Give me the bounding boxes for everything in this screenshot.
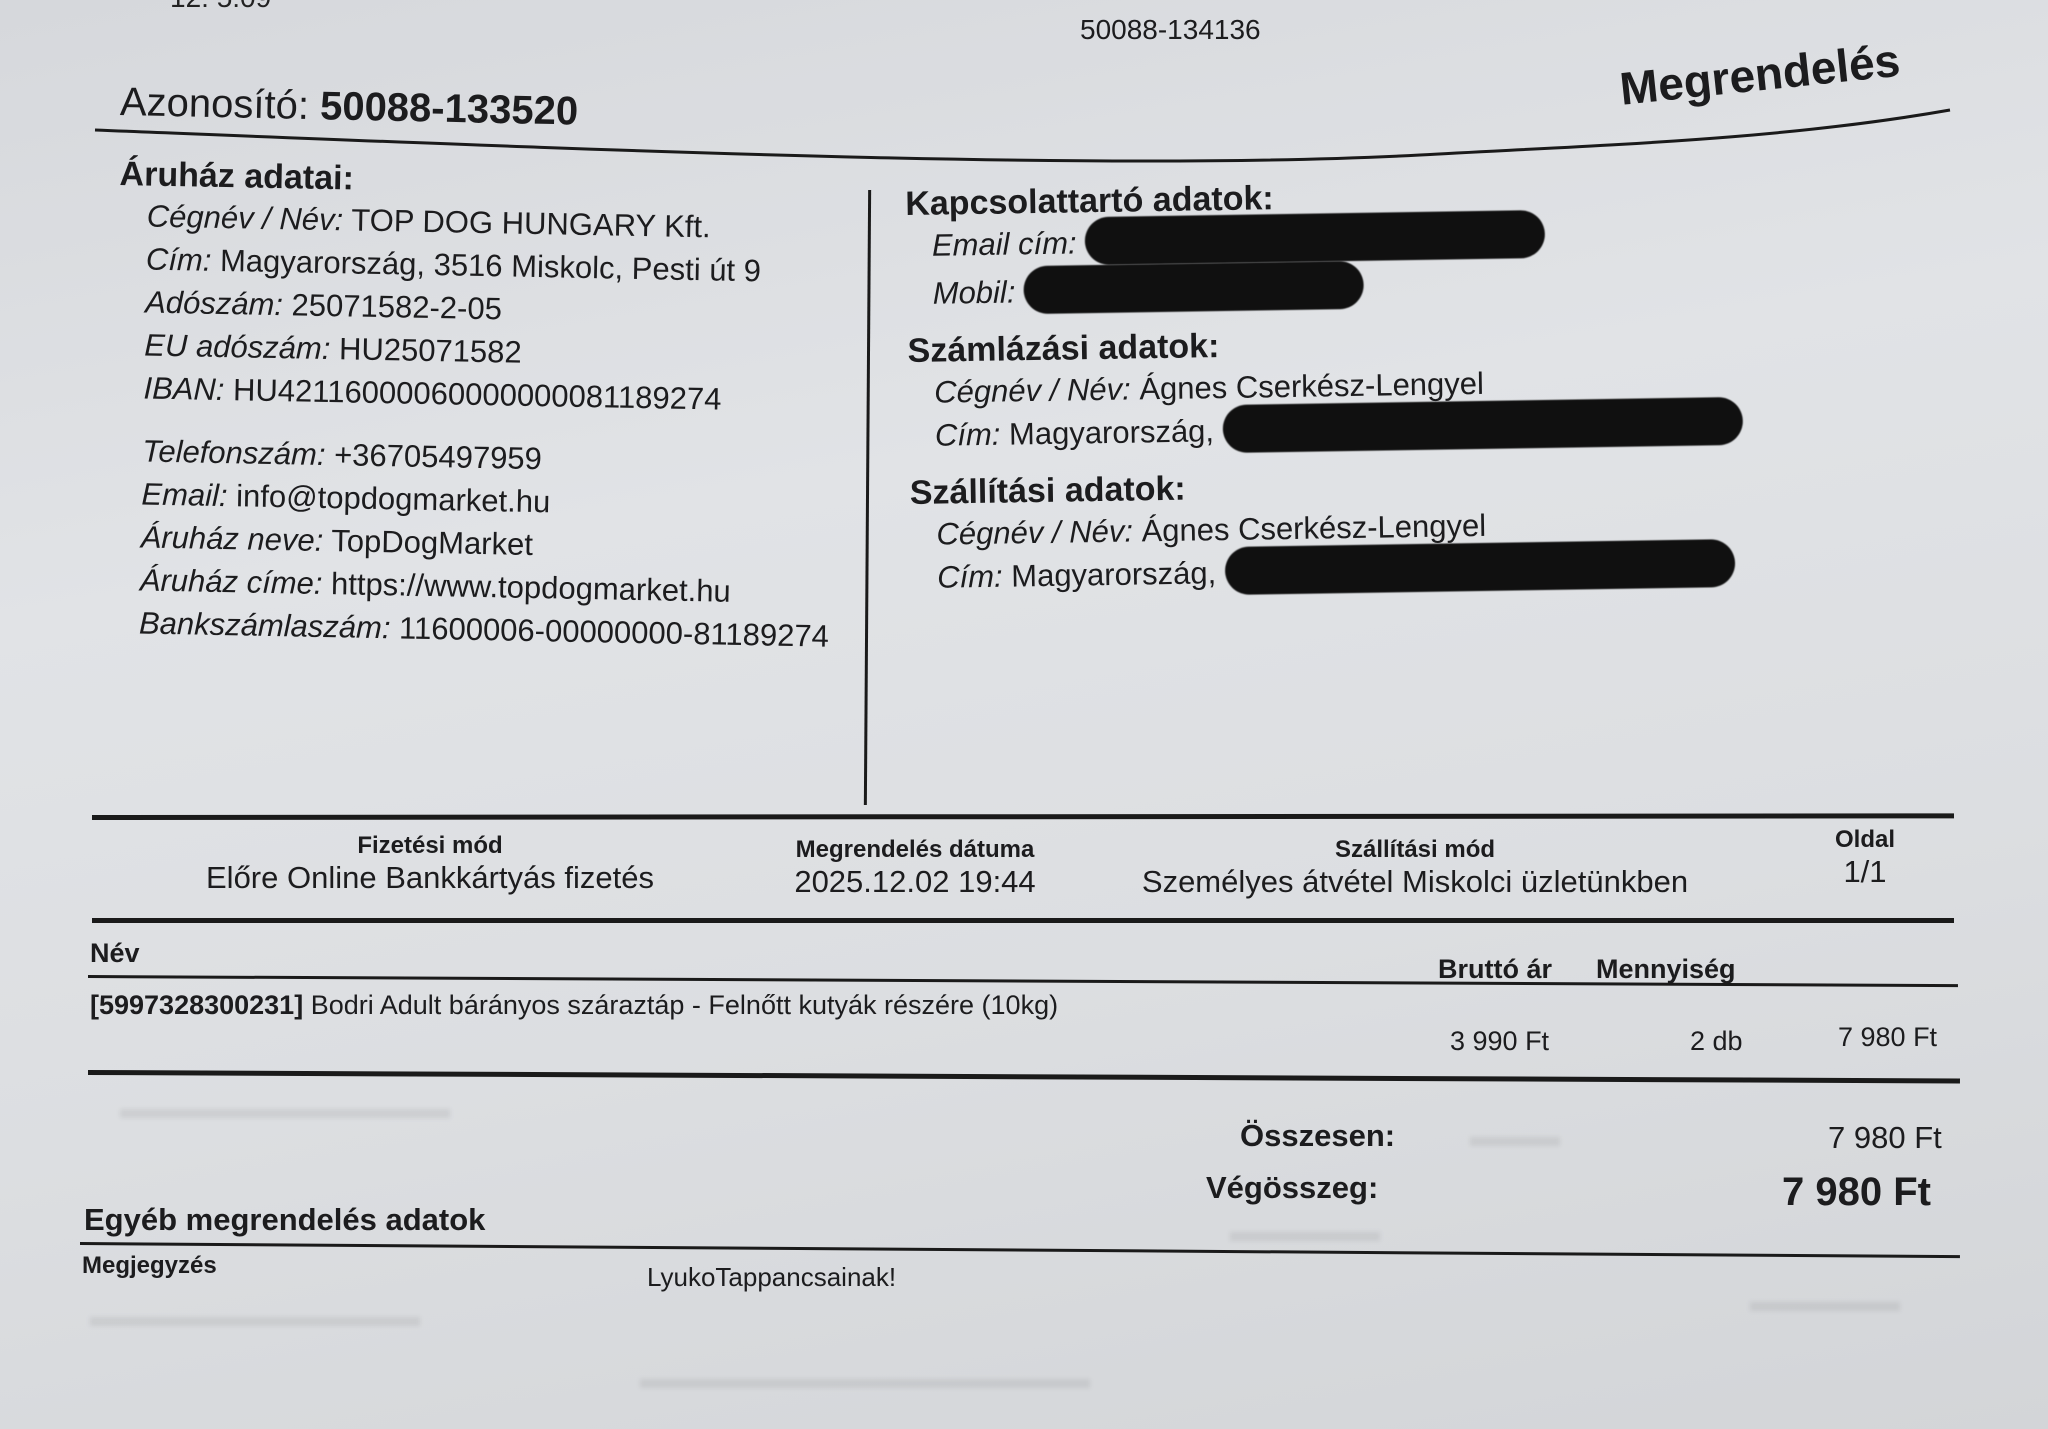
- other-data-rule: [80, 1242, 1960, 1258]
- subtotal-value: 7 980 Ft: [1828, 1120, 1942, 1156]
- bleed-through-text: ▬▬▬▬▬: [1750, 1285, 1900, 1319]
- subtotal-label: Összesen:: [1240, 1118, 1395, 1154]
- item-total: 7 980 Ft: [1838, 1022, 1937, 1053]
- shipping-section: Szállítási adatok: Cégnév / Név: Ágnes C…: [910, 461, 1746, 604]
- column-divider: [864, 190, 871, 805]
- delivery-method-value: Személyes átvétel Miskolci üzletünkben: [1110, 864, 1720, 900]
- contact-mobile: Mobil:: [932, 259, 1740, 320]
- page-indicator: Oldal 1/1: [1800, 826, 1930, 890]
- column-header-price: Bruttó ár: [1438, 954, 1552, 985]
- redaction-mark: [1085, 210, 1546, 265]
- item-sku: [5997328300231]: [90, 990, 303, 1020]
- payment-method-label: Fizetési mód: [170, 832, 690, 860]
- item-description: [5997328300231] Bodri Adult bárányos szá…: [90, 990, 1058, 1021]
- bleed-through-text: ▬▬▬▬▬▬▬▬▬▬▬: [120, 1092, 450, 1126]
- bleed-through-text: ▬▬▬: [1470, 1120, 1560, 1154]
- table-bottom-rule: [88, 1070, 1960, 1083]
- grand-total-value: 7 980 Ft: [1782, 1170, 1931, 1215]
- note-value: LyukoTappancsainak!: [647, 1262, 896, 1293]
- column-header-name: Név: [90, 938, 140, 969]
- other-data-heading: Egyéb megrendelés adatok: [84, 1202, 485, 1238]
- order-date-label: Megrendelés dátuma: [760, 836, 1070, 864]
- info-band-top-rule: [92, 813, 1954, 820]
- delivery-method: Szállítási mód Személyes átvétel Miskolc…: [1110, 836, 1720, 900]
- contact-section: Kapcsolattartó adatok: Email cím: Mobil:: [905, 172, 1741, 320]
- redaction-mark: [1024, 261, 1365, 314]
- grand-total-label: Végösszeg:: [1206, 1170, 1378, 1206]
- note-label: Megjegyzés: [82, 1252, 217, 1280]
- order-date: Megrendelés dátuma 2025.12.02 19:44: [760, 836, 1070, 900]
- item-quantity: 2 db: [1690, 1026, 1743, 1057]
- column-header-quantity: Mennyiség: [1596, 954, 1736, 985]
- page-label: Oldal: [1800, 826, 1930, 854]
- billing-section: Számlázási adatok: Cégnév / Név: Ágnes C…: [907, 319, 1743, 462]
- delivery-method-label: Szállítási mód: [1110, 836, 1720, 864]
- bleed-through-text: ▬▬▬▬▬: [1230, 1215, 1380, 1249]
- info-band-bottom-rule: [92, 918, 1954, 923]
- order-date-value: 2025.12.02 19:44: [760, 864, 1070, 900]
- bleed-through-text: ▬▬▬▬▬▬▬▬▬▬▬: [90, 1300, 420, 1334]
- item-price: 3 990 Ft: [1450, 1026, 1549, 1057]
- page-value: 1/1: [1800, 854, 1930, 890]
- store-details: Áruház adatai: Cégnév / Név: TOP DOG HUN…: [111, 155, 838, 658]
- bleed-through-text: ▬▬▬▬▬▬▬▬▬▬▬▬▬▬▬: [640, 1362, 1090, 1396]
- redaction-mark: [1222, 397, 1743, 453]
- payment-method: Fizetési mód Előre Online Bankkártyás fi…: [170, 832, 690, 896]
- payment-method-value: Előre Online Bankkártyás fizetés: [170, 860, 690, 896]
- redaction-mark: [1224, 539, 1735, 595]
- customer-details: Kapcsolattartó adatok: Email cím: Mobil:…: [905, 172, 1745, 616]
- item-name: Bodri Adult bárányos száraztáp - Felnőtt…: [311, 990, 1058, 1020]
